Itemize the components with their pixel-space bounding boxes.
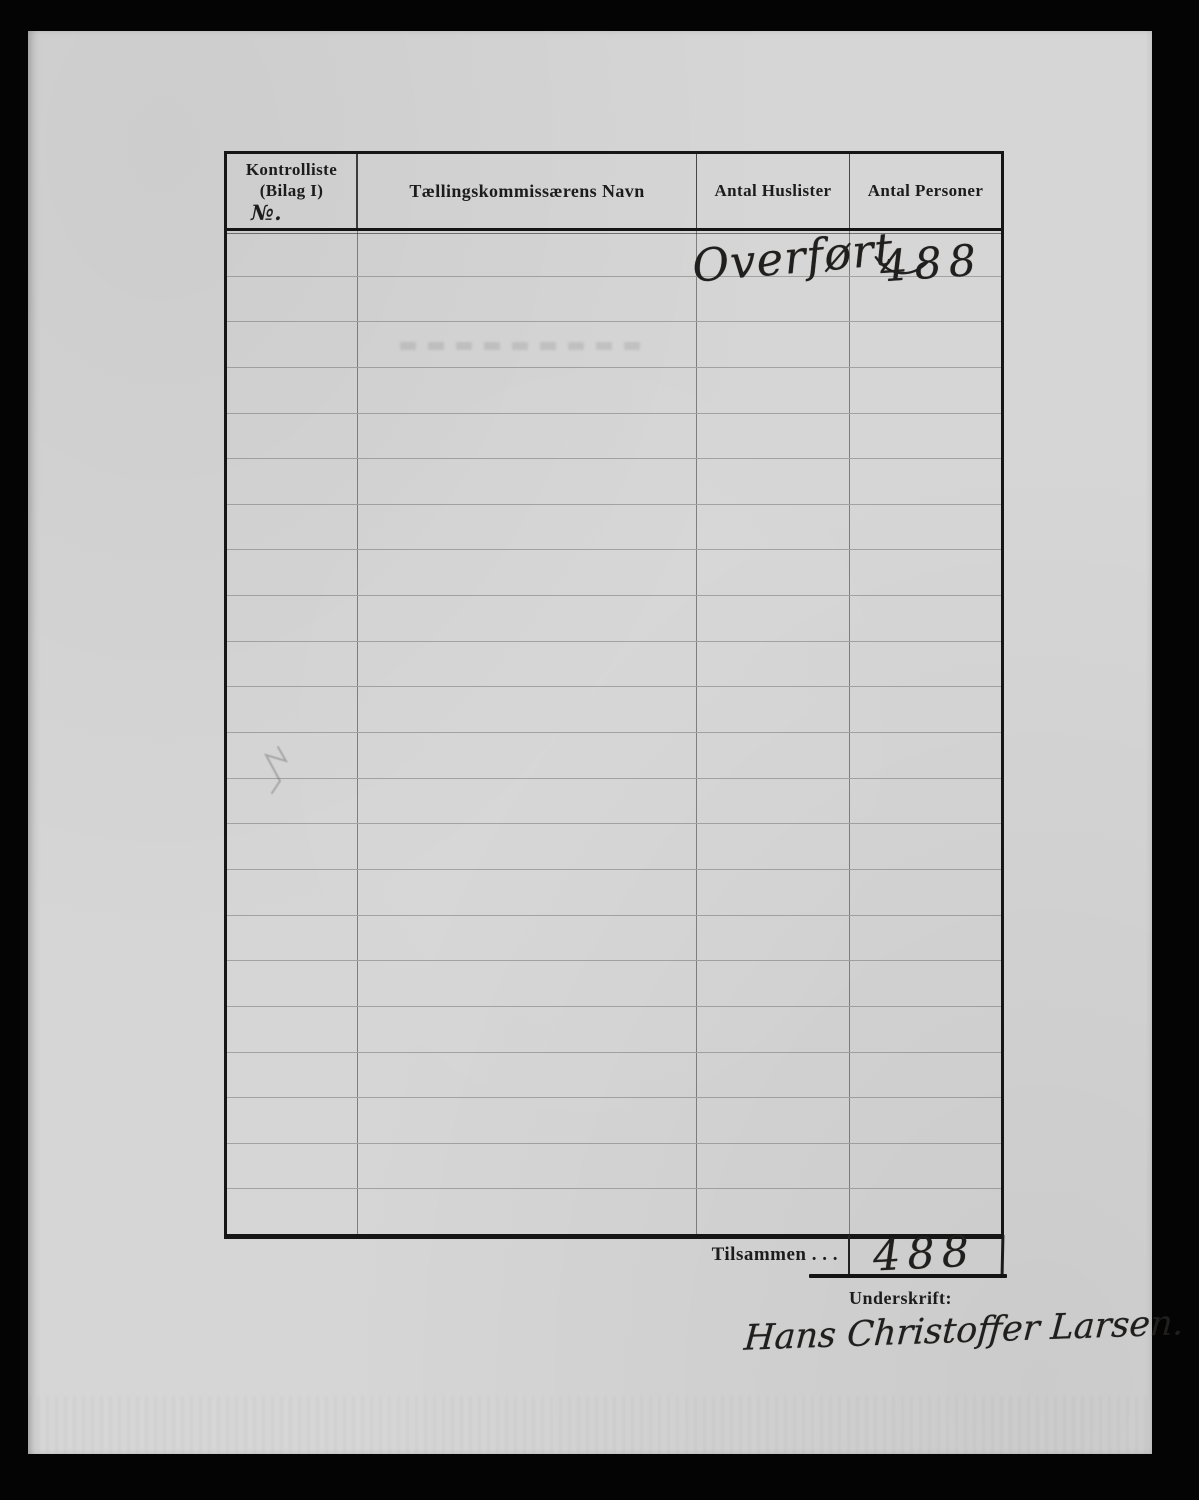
table-row (227, 550, 1001, 596)
table-body (227, 231, 1001, 1234)
table-cell (850, 687, 1001, 732)
scan-background: Kontrolliste (Bilag I) №. Tællingskommis… (0, 0, 1199, 1500)
table-cell (697, 368, 850, 413)
table-cell (227, 277, 358, 322)
table-cell (358, 1144, 697, 1189)
table-cell (850, 870, 1001, 915)
table-row (227, 1053, 1001, 1099)
table-row (227, 642, 1001, 688)
table-row (227, 1189, 1001, 1234)
header-cell-navn: Tællingskommissærens Navn (358, 154, 697, 228)
table-cell (850, 961, 1001, 1006)
header-kontrolliste-line1: Kontrolliste (227, 159, 356, 180)
table-cell (358, 550, 697, 595)
header-cell-personer: Antal Personer (850, 154, 1001, 228)
total-box-left-line (848, 1235, 850, 1276)
table-cell (697, 779, 850, 824)
table-cell (850, 1144, 1001, 1189)
table-cell (850, 368, 1001, 413)
table-cell (358, 505, 697, 550)
table-cell (227, 1007, 358, 1052)
table-cell (227, 596, 358, 641)
table-cell (850, 1053, 1001, 1098)
table-row (227, 414, 1001, 460)
table-cell (358, 414, 697, 459)
table-cell (227, 916, 358, 961)
table-cell (850, 596, 1001, 641)
table-cell (227, 368, 358, 413)
table-cell (697, 1053, 850, 1098)
table-row (227, 1144, 1001, 1190)
table-cell (850, 916, 1001, 961)
table-cell (697, 596, 850, 641)
table-row (227, 505, 1001, 551)
table-cell (850, 550, 1001, 595)
table-header-row: Kontrolliste (Bilag I) №. Tællingskommis… (227, 154, 1001, 231)
table-cell (850, 733, 1001, 778)
table-cell (850, 414, 1001, 459)
table-cell (697, 322, 850, 367)
table-row (227, 368, 1001, 414)
table-cell (850, 459, 1001, 504)
table-cell (697, 550, 850, 595)
table-cell (227, 414, 358, 459)
table-row (227, 916, 1001, 962)
table-cell (227, 231, 358, 276)
table-cell (227, 505, 358, 550)
table-cell (227, 1189, 358, 1234)
table-cell (697, 642, 850, 687)
table-cell (358, 779, 697, 824)
table-cell (850, 505, 1001, 550)
table-cell (227, 459, 358, 504)
table-cell (697, 1007, 850, 1052)
table-cell (227, 322, 358, 367)
table-row (227, 596, 1001, 642)
table-cell (358, 870, 697, 915)
table-cell (697, 1098, 850, 1143)
table-cell (227, 824, 358, 869)
table-cell (850, 1098, 1001, 1143)
table-cell (850, 824, 1001, 869)
table-cell (697, 733, 850, 778)
table-cell (227, 687, 358, 732)
table-cell (697, 687, 850, 732)
header-kontrolliste-line2: (Bilag I) (227, 180, 356, 201)
table-row (227, 779, 1001, 825)
header-cell-huslister: Antal Huslister (697, 154, 850, 228)
table-cell (697, 916, 850, 961)
total-box-right-line (1001, 1235, 1004, 1276)
handwritten-personer-488: 488 (878, 235, 984, 292)
pencil-squiggle-mark (254, 741, 294, 805)
table-row (227, 870, 1001, 916)
table-row (227, 824, 1001, 870)
table-cell (850, 779, 1001, 824)
table-cell (697, 1144, 850, 1189)
table-cell (358, 1053, 697, 1098)
total-underline (809, 1274, 1007, 1278)
table-cell (697, 1189, 850, 1234)
table-row (227, 1007, 1001, 1053)
table-cell (697, 459, 850, 504)
table-row (227, 961, 1001, 1007)
header-cell-kontrolliste: Kontrolliste (Bilag I) №. (227, 154, 358, 228)
table-cell (358, 459, 697, 504)
table-cell (358, 277, 697, 322)
table-cell (227, 550, 358, 595)
table-cell (358, 733, 697, 778)
table-row (227, 687, 1001, 733)
signature-caption: Underskrift: (818, 1288, 983, 1309)
table-cell (850, 642, 1001, 687)
table-cell (227, 1144, 358, 1189)
table-cell (358, 596, 697, 641)
table-cell (697, 961, 850, 1006)
table-cell (358, 916, 697, 961)
table-cell (227, 961, 358, 1006)
paper-sheet: Kontrolliste (Bilag I) №. Tællingskommis… (28, 31, 1152, 1454)
table-cell (697, 414, 850, 459)
table-cell (358, 1007, 697, 1052)
table-cell (227, 1053, 358, 1098)
table-row (227, 459, 1001, 505)
erased-text-smudge (400, 342, 652, 350)
numero-symbol: №. (227, 201, 356, 225)
table-cell (358, 824, 697, 869)
table-cell (850, 1007, 1001, 1052)
table-cell (850, 1189, 1001, 1234)
table-cell (850, 322, 1001, 367)
table-cell (358, 368, 697, 413)
table-cell (697, 824, 850, 869)
table-row (227, 733, 1001, 779)
table-cell (358, 1098, 697, 1143)
table-cell (697, 505, 850, 550)
table-cell (358, 687, 697, 732)
table-row (227, 1098, 1001, 1144)
table-cell (358, 961, 697, 1006)
table-cell (227, 1098, 358, 1143)
table-cell (358, 642, 697, 687)
table-cell (358, 231, 697, 276)
control-list-table: Kontrolliste (Bilag I) №. Tællingskommis… (224, 151, 1004, 1239)
handwritten-signature: Hans Christoffer Larsen. (743, 1303, 1185, 1358)
table-cell (697, 870, 850, 915)
table-cell (358, 1189, 697, 1234)
total-label: Tilsammen . . . (588, 1244, 838, 1266)
table-cell (227, 642, 358, 687)
table-cell (227, 870, 358, 915)
